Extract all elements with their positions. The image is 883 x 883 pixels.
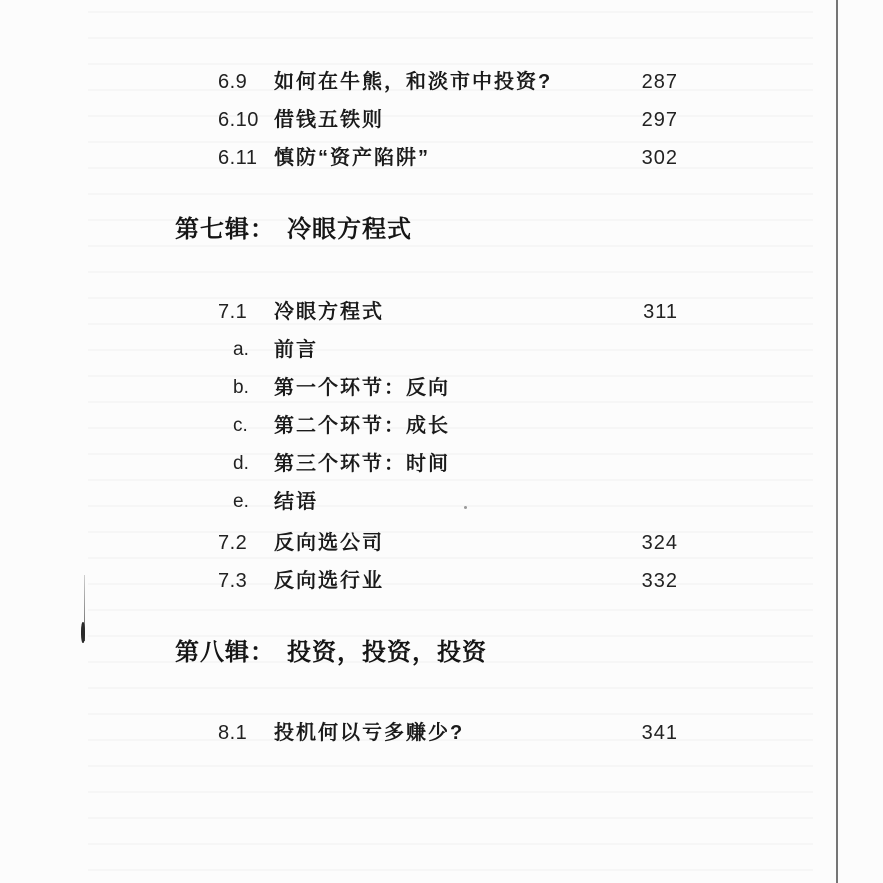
toc-title: 第三个环节：时间 [274, 453, 450, 475]
toc-title: 冷眼方程式 [274, 301, 384, 323]
toc-row: 6.9 如何在牛熊，和淡市中投资? 287 [0, 71, 883, 95]
book-toc-page: 6.9 如何在牛熊，和淡市中投资? 287 6.10 借钱五铁则 297 6.1… [0, 0, 883, 883]
pen-mark-blob-artifact [81, 622, 85, 643]
toc-subrow: c. 第二个环节：成长 [0, 415, 883, 439]
toc-number: 6.11 [218, 147, 257, 169]
toc-number: 8.1 [218, 722, 247, 744]
toc-number: 7.3 [218, 570, 247, 592]
toc-number: 6.10 [218, 109, 259, 131]
toc-number: 7.1 [218, 301, 247, 323]
toc-title: 第一个环节：反向 [274, 377, 450, 399]
toc-subrow: b. 第一个环节：反向 [0, 377, 883, 401]
section-label: 第八辑： [175, 639, 275, 666]
toc-title: 借钱五铁则 [274, 109, 384, 131]
toc-title: 反向选行业 [274, 570, 384, 592]
toc-number: 6.9 [218, 71, 247, 93]
section-heading: 第八辑：投资，投资，投资 [175, 639, 487, 669]
toc-row: 6.11 慎防“资产陷阱” 302 [0, 147, 883, 171]
toc-letter: a. [233, 339, 249, 361]
toc-row: 7.3 反向选行业 332 [0, 570, 883, 594]
toc-letter: e. [233, 491, 249, 513]
toc-page-number: 287 [598, 71, 678, 93]
toc-row: 7.2 反向选公司 324 [0, 532, 883, 556]
section-title: 投资，投资，投资 [287, 639, 487, 666]
scan-edge-line [836, 0, 838, 883]
toc-title: 慎防“资产陷阱” [274, 147, 430, 169]
toc-page-number: 302 [598, 147, 678, 169]
toc-letter: d. [233, 453, 249, 475]
toc-subrow: a. 前言 [0, 339, 883, 363]
section-heading: 第七辑：冷眼方程式 [175, 216, 412, 246]
toc-letter: b. [233, 377, 249, 399]
toc-row: 6.10 借钱五铁则 297 [0, 109, 883, 133]
toc-title: 第二个环节：成长 [274, 415, 450, 437]
toc-row: 8.1 投机何以亏多赚少? 341 [0, 722, 883, 746]
toc-title: 如何在牛熊，和淡市中投资? [274, 71, 552, 93]
toc-page-number: 324 [598, 532, 678, 554]
section-title: 冷眼方程式 [287, 216, 412, 243]
toc-letter: c. [233, 415, 248, 437]
toc-subrow: d. 第三个环节：时间 [0, 453, 883, 477]
dust-speck-artifact [464, 506, 467, 509]
toc-row: 7.1 冷眼方程式 311 [0, 301, 883, 325]
toc-number: 7.2 [218, 532, 247, 554]
toc-title: 前言 [274, 339, 318, 361]
toc-title: 投机何以亏多赚少? [274, 722, 464, 744]
toc-page-number: 332 [598, 570, 678, 592]
toc-page-number: 341 [598, 722, 678, 744]
section-label: 第七辑： [175, 216, 275, 243]
toc-page-number: 297 [598, 109, 678, 131]
toc-title: 反向选公司 [274, 532, 384, 554]
toc-subrow: e. 结语 [0, 491, 883, 515]
toc-title: 结语 [274, 491, 318, 513]
toc-page-number: 311 [598, 301, 678, 323]
